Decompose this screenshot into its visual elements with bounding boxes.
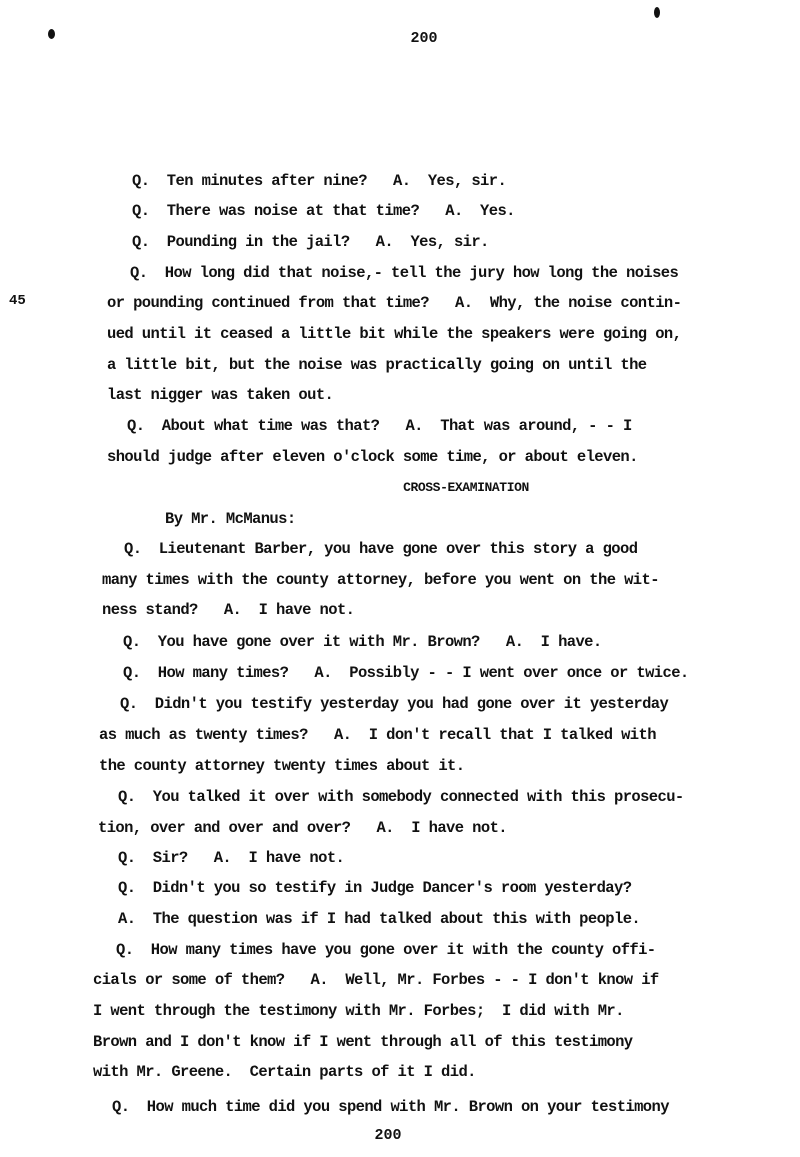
transcript-line: Brown and I don't know if I went through…	[93, 1033, 633, 1051]
transcript-line: the county attorney twenty times about i…	[99, 757, 464, 775]
transcript-line: ued until it ceased a little bit while t…	[107, 325, 681, 343]
examiner-attribution: By Mr. McManus:	[165, 510, 296, 528]
transcript-line: Q. You have gone over it with Mr. Brown?…	[123, 633, 602, 651]
section-heading: CROSS-EXAMINATION	[66, 480, 800, 495]
transcript-line: a little bit, but the noise was practica…	[107, 356, 647, 374]
transcript-line: Q. How many times have you gone over it …	[116, 941, 656, 959]
transcript-line: I went through the testimony with Mr. Fo…	[93, 1002, 624, 1020]
transcript-line: with Mr. Greene. Certain parts of it I d…	[93, 1063, 476, 1081]
transcript-line: Q. Didn't you testify yesterday you had …	[120, 695, 668, 713]
transcript-line: Q. Sir? A. I have not.	[118, 849, 344, 867]
page-number-top: 200	[24, 30, 800, 47]
transcript-line: tion, over and over and over? A. I have …	[98, 819, 507, 837]
transcript-line: last nigger was taken out.	[107, 386, 333, 404]
transcript-line: Q. Pounding in the jail? A. Yes, sir.	[132, 233, 489, 251]
transcript-line: cials or some of them? A. Well, Mr. Forb…	[93, 971, 659, 989]
transcript-line: Q. Didn't you so testify in Judge Dancer…	[118, 879, 631, 897]
transcript-line: many times with the county attorney, bef…	[102, 571, 659, 589]
transcript-line: Q. About what time was that? A. That was…	[127, 417, 632, 435]
transcript-line: Q. There was noise at that time? A. Yes.	[132, 202, 515, 220]
page-number-bottom: 200	[0, 1127, 788, 1144]
transcript-line: should judge after eleven o'clock some t…	[107, 448, 638, 466]
transcript-line: Q. Lieutenant Barber, you have gone over…	[124, 540, 637, 558]
transcript-line: Q. How many times? A. Possibly - - I wen…	[123, 664, 689, 682]
transcript-line: A. The question was if I had talked abou…	[118, 910, 640, 928]
transcript-line: Q. How long did that noise,- tell the ju…	[130, 264, 678, 282]
transcript-line: ness stand? A. I have not.	[102, 601, 354, 619]
transcript-line: Q. How much time did you spend with Mr. …	[112, 1098, 669, 1116]
transcript-line: Q. You talked it over with somebody conn…	[118, 788, 684, 806]
transcript-line: Q. Ten minutes after nine? A. Yes, sir.	[132, 172, 506, 190]
transcript-line: as much as twenty times? A. I don't reca…	[99, 726, 656, 744]
punch-hole-mark	[654, 7, 660, 18]
transcript-line: or pounding continued from that time? A.…	[107, 294, 681, 312]
margin-line-number: 45	[9, 293, 26, 309]
